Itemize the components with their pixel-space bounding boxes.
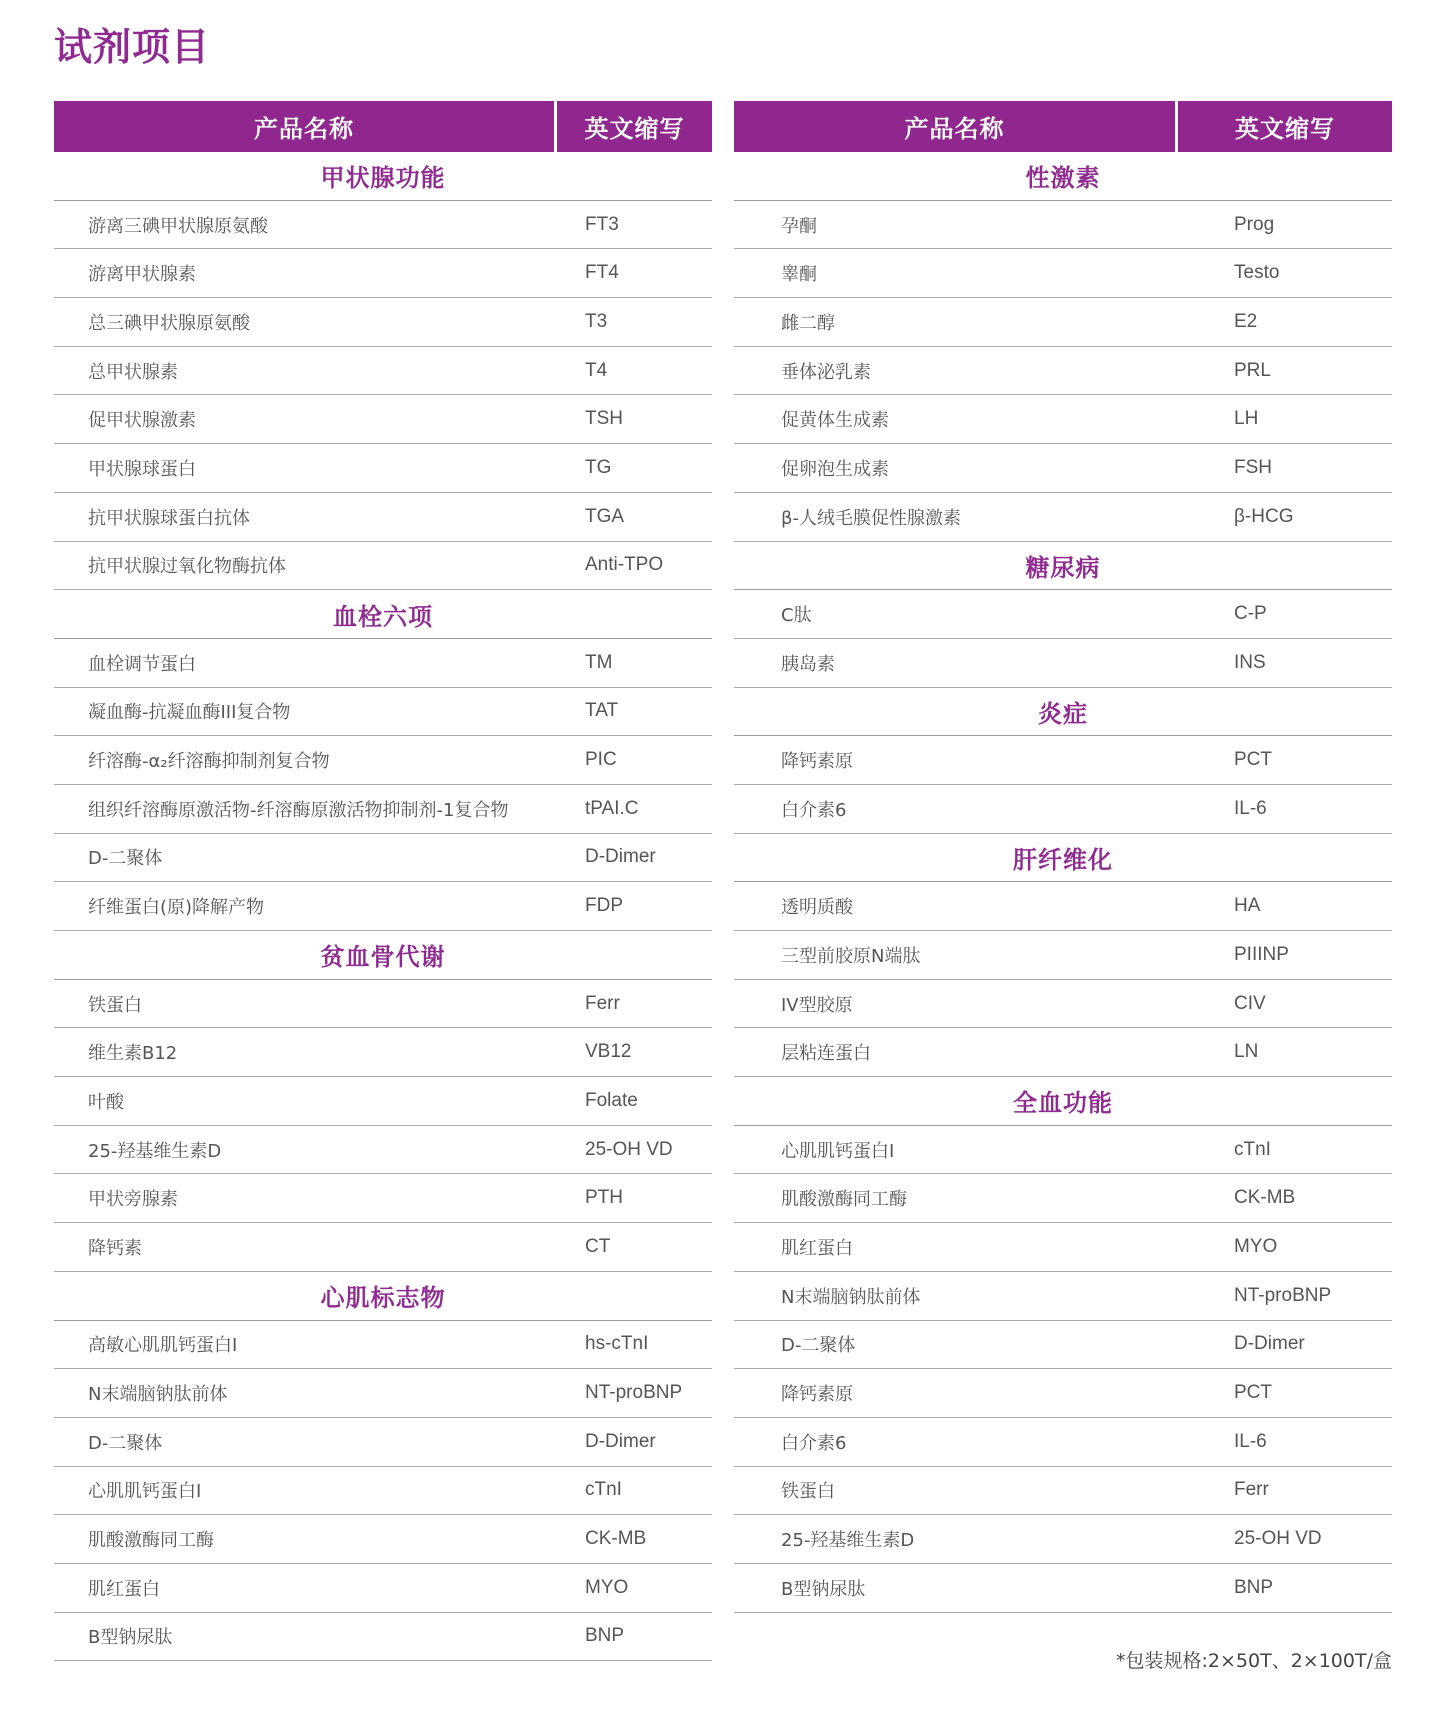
section-title: 糖尿病 (734, 542, 1392, 591)
table-row: N末端脑钠肽前体NT-proBNP (54, 1369, 712, 1418)
product-name-cell: 孕酮 (734, 212, 1234, 238)
abbreviation-cell: FSH (1234, 457, 1272, 479)
table-row: 组织纤溶酶原激活物-纤溶酶原激活物抑制剂-1复合物tPAI.C (54, 785, 712, 834)
table-row: D-二聚体D-Dimer (734, 1321, 1392, 1370)
packaging-footnote: *包装规格:2×50T、2×100T/盒 (1116, 1646, 1392, 1673)
table-row: 甲状腺球蛋白TG (54, 444, 712, 493)
product-name-cell: 组织纤溶酶原激活物-纤溶酶原激活物抑制剂-1复合物 (54, 796, 585, 822)
product-name-cell: 游离三碘甲状腺原氨酸 (54, 212, 585, 238)
section-title: 炎症 (734, 688, 1392, 737)
product-name-cell: 降钙素 (54, 1234, 585, 1260)
abbreviation-cell: D-Dimer (585, 1431, 656, 1453)
table-row: 肌红蛋白MYO (734, 1223, 1392, 1272)
abbreviation-cell: CK-MB (585, 1528, 646, 1550)
table-row: 白介素6IL-6 (734, 785, 1392, 834)
abbreviation-cell: Prog (1234, 214, 1274, 236)
table-row: 纤维蛋白(原)降解产物FDP (54, 882, 712, 931)
product-name-cell: D-二聚体 (54, 844, 585, 870)
table-row: 三型前胶原N端肽PIIINP (734, 931, 1392, 980)
product-name-cell: N末端脑钠肽前体 (734, 1283, 1234, 1309)
table-row: 总三碘甲状腺原氨酸T3 (54, 298, 712, 347)
section-title: 血栓六项 (54, 590, 712, 639)
table-row: 促卵泡生成素FSH (734, 444, 1392, 493)
table-row: 促黄体生成素LH (734, 395, 1392, 444)
abbreviation-cell: cTnI (585, 1479, 622, 1501)
abbreviation-cell: TG (585, 457, 611, 479)
section-title: 全血功能 (734, 1077, 1392, 1126)
abbreviation-cell: TAT (585, 700, 618, 722)
column-header-product-name: 产品名称 (54, 101, 554, 152)
product-name-cell: 促甲状腺激素 (54, 406, 585, 432)
abbreviation-cell: Folate (585, 1090, 638, 1112)
reagent-table-left: 产品名称 英文缩写 甲状腺功能游离三碘甲状腺原氨酸FT3游离甲状腺素FT4总三碘… (54, 101, 712, 1661)
abbreviation-cell: D-Dimer (1234, 1333, 1305, 1355)
table-row: 雌二醇E2 (734, 298, 1392, 347)
table-row: 叶酸Folate (54, 1077, 712, 1126)
abbreviation-cell: TGA (585, 506, 624, 528)
product-name-cell: β-人绒毛膜促性腺激素 (734, 504, 1234, 530)
product-name-cell: 白介素6 (734, 1429, 1234, 1455)
table-row: B型钠尿肽BNP (734, 1564, 1392, 1613)
table-row: B型钠尿肽BNP (54, 1613, 712, 1662)
table-row: 层粘连蛋白LN (734, 1028, 1392, 1077)
column-header-abbreviation: 英文缩写 (1178, 101, 1392, 152)
table-row: 肌酸激酶同工酶CK-MB (734, 1174, 1392, 1223)
table-row: 总甲状腺素T4 (54, 347, 712, 396)
table-row: 白介素6IL-6 (734, 1418, 1392, 1467)
abbreviation-cell: VB12 (585, 1041, 631, 1063)
product-name-cell: 垂体泌乳素 (734, 358, 1234, 384)
abbreviation-cell: NT-proBNP (585, 1382, 682, 1404)
product-name-cell: 肌红蛋白 (54, 1575, 585, 1601)
table-row: 心肌肌钙蛋白IcTnI (54, 1467, 712, 1516)
abbreviation-cell: FT3 (585, 214, 619, 236)
abbreviation-cell: FT4 (585, 262, 619, 284)
column-header-abbreviation: 英文缩写 (557, 101, 712, 152)
abbreviation-cell: E2 (1234, 311, 1257, 333)
abbreviation-cell: β-HCG (1234, 506, 1293, 528)
table-row: 血栓调节蛋白TM (54, 639, 712, 688)
abbreviation-cell: Ferr (1234, 1479, 1269, 1501)
table-row: 孕酮Prog (734, 201, 1392, 250)
table-row: 肌酸激酶同工酶CK-MB (54, 1515, 712, 1564)
product-name-cell: 高敏心肌肌钙蛋白I (54, 1331, 585, 1357)
table-header: 产品名称 英文缩写 (54, 101, 712, 152)
product-name-cell: 肌酸激酶同工酶 (734, 1185, 1234, 1211)
abbreviation-cell: LH (1234, 408, 1258, 430)
table-row: 凝血酶-抗凝血酶III复合物TAT (54, 688, 712, 737)
table-row: 25-羟基维生素D25-OH VD (734, 1515, 1392, 1564)
reagent-table-right: 产品名称 英文缩写 性激素孕酮Prog睾酮Testo雌二醇E2垂体泌乳素PRL促… (734, 101, 1392, 1613)
abbreviation-cell: BNP (1234, 1577, 1273, 1599)
product-name-cell: N末端脑钠肽前体 (54, 1380, 585, 1406)
abbreviation-cell: LN (1234, 1041, 1258, 1063)
product-name-cell: 铁蛋白 (734, 1477, 1234, 1503)
table-row: 游离三碘甲状腺原氨酸FT3 (54, 201, 712, 250)
table-row: 铁蛋白Ferr (54, 980, 712, 1029)
abbreviation-cell: CK-MB (1234, 1187, 1295, 1209)
table-row: D-二聚体D-Dimer (54, 1418, 712, 1467)
product-name-cell: 血栓调节蛋白 (54, 650, 585, 676)
product-name-cell: 总三碘甲状腺原氨酸 (54, 309, 585, 335)
abbreviation-cell: tPAI.C (585, 798, 639, 820)
section-title: 心肌标志物 (54, 1272, 712, 1321)
product-name-cell: 三型前胶原N端肽 (734, 942, 1234, 968)
table-row: 纤溶酶-α₂纤溶酶抑制剂复合物PIC (54, 736, 712, 785)
abbreviation-cell: NT-proBNP (1234, 1285, 1331, 1307)
product-name-cell: 纤维蛋白(原)降解产物 (54, 893, 585, 919)
product-name-cell: B型钠尿肽 (734, 1575, 1234, 1601)
table-row: 维生素B12VB12 (54, 1028, 712, 1077)
product-name-cell: 铁蛋白 (54, 991, 585, 1017)
abbreviation-cell: INS (1234, 652, 1266, 674)
product-name-cell: 抗甲状腺过氧化物酶抗体 (54, 552, 585, 578)
product-name-cell: 心肌肌钙蛋白I (734, 1137, 1234, 1163)
abbreviation-cell: D-Dimer (585, 846, 656, 868)
product-name-cell: 心肌肌钙蛋白I (54, 1477, 585, 1503)
product-name-cell: 降钙素原 (734, 747, 1234, 773)
abbreviation-cell: Testo (1234, 262, 1279, 284)
abbreviation-cell: Anti-TPO (585, 554, 663, 576)
product-name-cell: 纤溶酶-α₂纤溶酶抑制剂复合物 (54, 747, 585, 773)
product-name-cell: D-二聚体 (54, 1429, 585, 1455)
section-title: 肝纤维化 (734, 834, 1392, 883)
table-body: 甲状腺功能游离三碘甲状腺原氨酸FT3游离甲状腺素FT4总三碘甲状腺原氨酸T3总甲… (54, 152, 712, 1661)
abbreviation-cell: BNP (585, 1625, 624, 1647)
product-name-cell: 降钙素原 (734, 1380, 1234, 1406)
table-row: 铁蛋白Ferr (734, 1467, 1392, 1516)
abbreviation-cell: cTnI (1234, 1139, 1271, 1161)
product-name-cell: 层粘连蛋白 (734, 1039, 1234, 1065)
product-name-cell: IV型胶原 (734, 991, 1234, 1017)
table-row: 透明质酸HA (734, 882, 1392, 931)
table-row: 胰岛素INS (734, 639, 1392, 688)
section-title: 甲状腺功能 (54, 152, 712, 201)
abbreviation-cell: hs-cTnI (585, 1333, 648, 1355)
table-row: 心肌肌钙蛋白IcTnI (734, 1126, 1392, 1175)
product-name-cell: 透明质酸 (734, 893, 1234, 919)
table-row: 降钙素原PCT (734, 736, 1392, 785)
page-title: 试剂项目 (54, 24, 210, 70)
abbreviation-cell: PIIINP (1234, 944, 1289, 966)
table-row: 游离甲状腺素FT4 (54, 249, 712, 298)
abbreviation-cell: FDP (585, 895, 623, 917)
table-row: 抗甲状腺过氧化物酶抗体Anti-TPO (54, 542, 712, 591)
product-name-cell: 促卵泡生成素 (734, 455, 1234, 481)
abbreviation-cell: T4 (585, 360, 607, 382)
product-name-cell: 促黄体生成素 (734, 406, 1234, 432)
abbreviation-cell: T3 (585, 311, 607, 333)
abbreviation-cell: C-P (1234, 603, 1267, 625)
table-row: D-二聚体D-Dimer (54, 834, 712, 883)
product-name-cell: 凝血酶-抗凝血酶III复合物 (54, 698, 585, 724)
table-row: 睾酮Testo (734, 249, 1392, 298)
table-row: 降钙素CT (54, 1223, 712, 1272)
abbreviation-cell: IL-6 (1234, 798, 1267, 820)
product-name-cell: 肌酸激酶同工酶 (54, 1526, 585, 1552)
product-name-cell: 总甲状腺素 (54, 358, 585, 384)
product-name-cell: 甲状旁腺素 (54, 1185, 585, 1211)
table-row: 25-羟基维生素D25-OH VD (54, 1126, 712, 1175)
table-row: 促甲状腺激素TSH (54, 395, 712, 444)
product-name-cell: 25-羟基维生素D (734, 1526, 1234, 1552)
product-name-cell: D-二聚体 (734, 1331, 1234, 1357)
abbreviation-cell: IL-6 (1234, 1431, 1267, 1453)
table-row: 肌红蛋白MYO (54, 1564, 712, 1613)
table-row: 高敏心肌肌钙蛋白Ihs-cTnI (54, 1321, 712, 1370)
table-row: N末端脑钠肽前体NT-proBNP (734, 1272, 1392, 1321)
table-row: 降钙素原PCT (734, 1369, 1392, 1418)
abbreviation-cell: PCT (1234, 1382, 1272, 1404)
abbreviation-cell: MYO (585, 1577, 628, 1599)
product-name-cell: B型钠尿肽 (54, 1623, 585, 1649)
abbreviation-cell: CIV (1234, 993, 1266, 1015)
table-row: 抗甲状腺球蛋白抗体TGA (54, 493, 712, 542)
abbreviation-cell: PCT (1234, 749, 1272, 771)
column-header-product-name: 产品名称 (734, 101, 1175, 152)
table-body: 性激素孕酮Prog睾酮Testo雌二醇E2垂体泌乳素PRL促黄体生成素LH促卵泡… (734, 152, 1392, 1613)
product-name-cell: 胰岛素 (734, 650, 1234, 676)
table-row: IV型胶原CIV (734, 980, 1392, 1029)
product-name-cell: 睾酮 (734, 260, 1234, 286)
product-name-cell: 白介素6 (734, 796, 1234, 822)
product-name-cell: 肌红蛋白 (734, 1234, 1234, 1260)
section-title: 贫血骨代谢 (54, 931, 712, 980)
abbreviation-cell: CT (585, 1236, 610, 1258)
abbreviation-cell: HA (1234, 895, 1260, 917)
abbreviation-cell: TM (585, 652, 612, 674)
product-name-cell: 抗甲状腺球蛋白抗体 (54, 504, 585, 530)
product-name-cell: 甲状腺球蛋白 (54, 455, 585, 481)
product-name-cell: 游离甲状腺素 (54, 260, 585, 286)
product-name-cell: 叶酸 (54, 1088, 585, 1114)
section-title: 性激素 (734, 152, 1392, 201)
abbreviation-cell: 25-OH VD (1234, 1528, 1322, 1550)
product-name-cell: 雌二醇 (734, 309, 1234, 335)
product-name-cell: 维生素B12 (54, 1039, 585, 1065)
abbreviation-cell: TSH (585, 408, 623, 430)
abbreviation-cell: PRL (1234, 360, 1271, 382)
table-header: 产品名称 英文缩写 (734, 101, 1392, 152)
abbreviation-cell: 25-OH VD (585, 1139, 673, 1161)
product-name-cell: 25-羟基维生素D (54, 1137, 585, 1163)
product-name-cell: C肽 (734, 601, 1234, 627)
abbreviation-cell: PIC (585, 749, 617, 771)
table-row: C肽C-P (734, 590, 1392, 639)
abbreviation-cell: Ferr (585, 993, 620, 1015)
table-row: 垂体泌乳素PRL (734, 347, 1392, 396)
abbreviation-cell: MYO (1234, 1236, 1277, 1258)
table-row: 甲状旁腺素PTH (54, 1174, 712, 1223)
table-row: β-人绒毛膜促性腺激素β-HCG (734, 493, 1392, 542)
abbreviation-cell: PTH (585, 1187, 623, 1209)
